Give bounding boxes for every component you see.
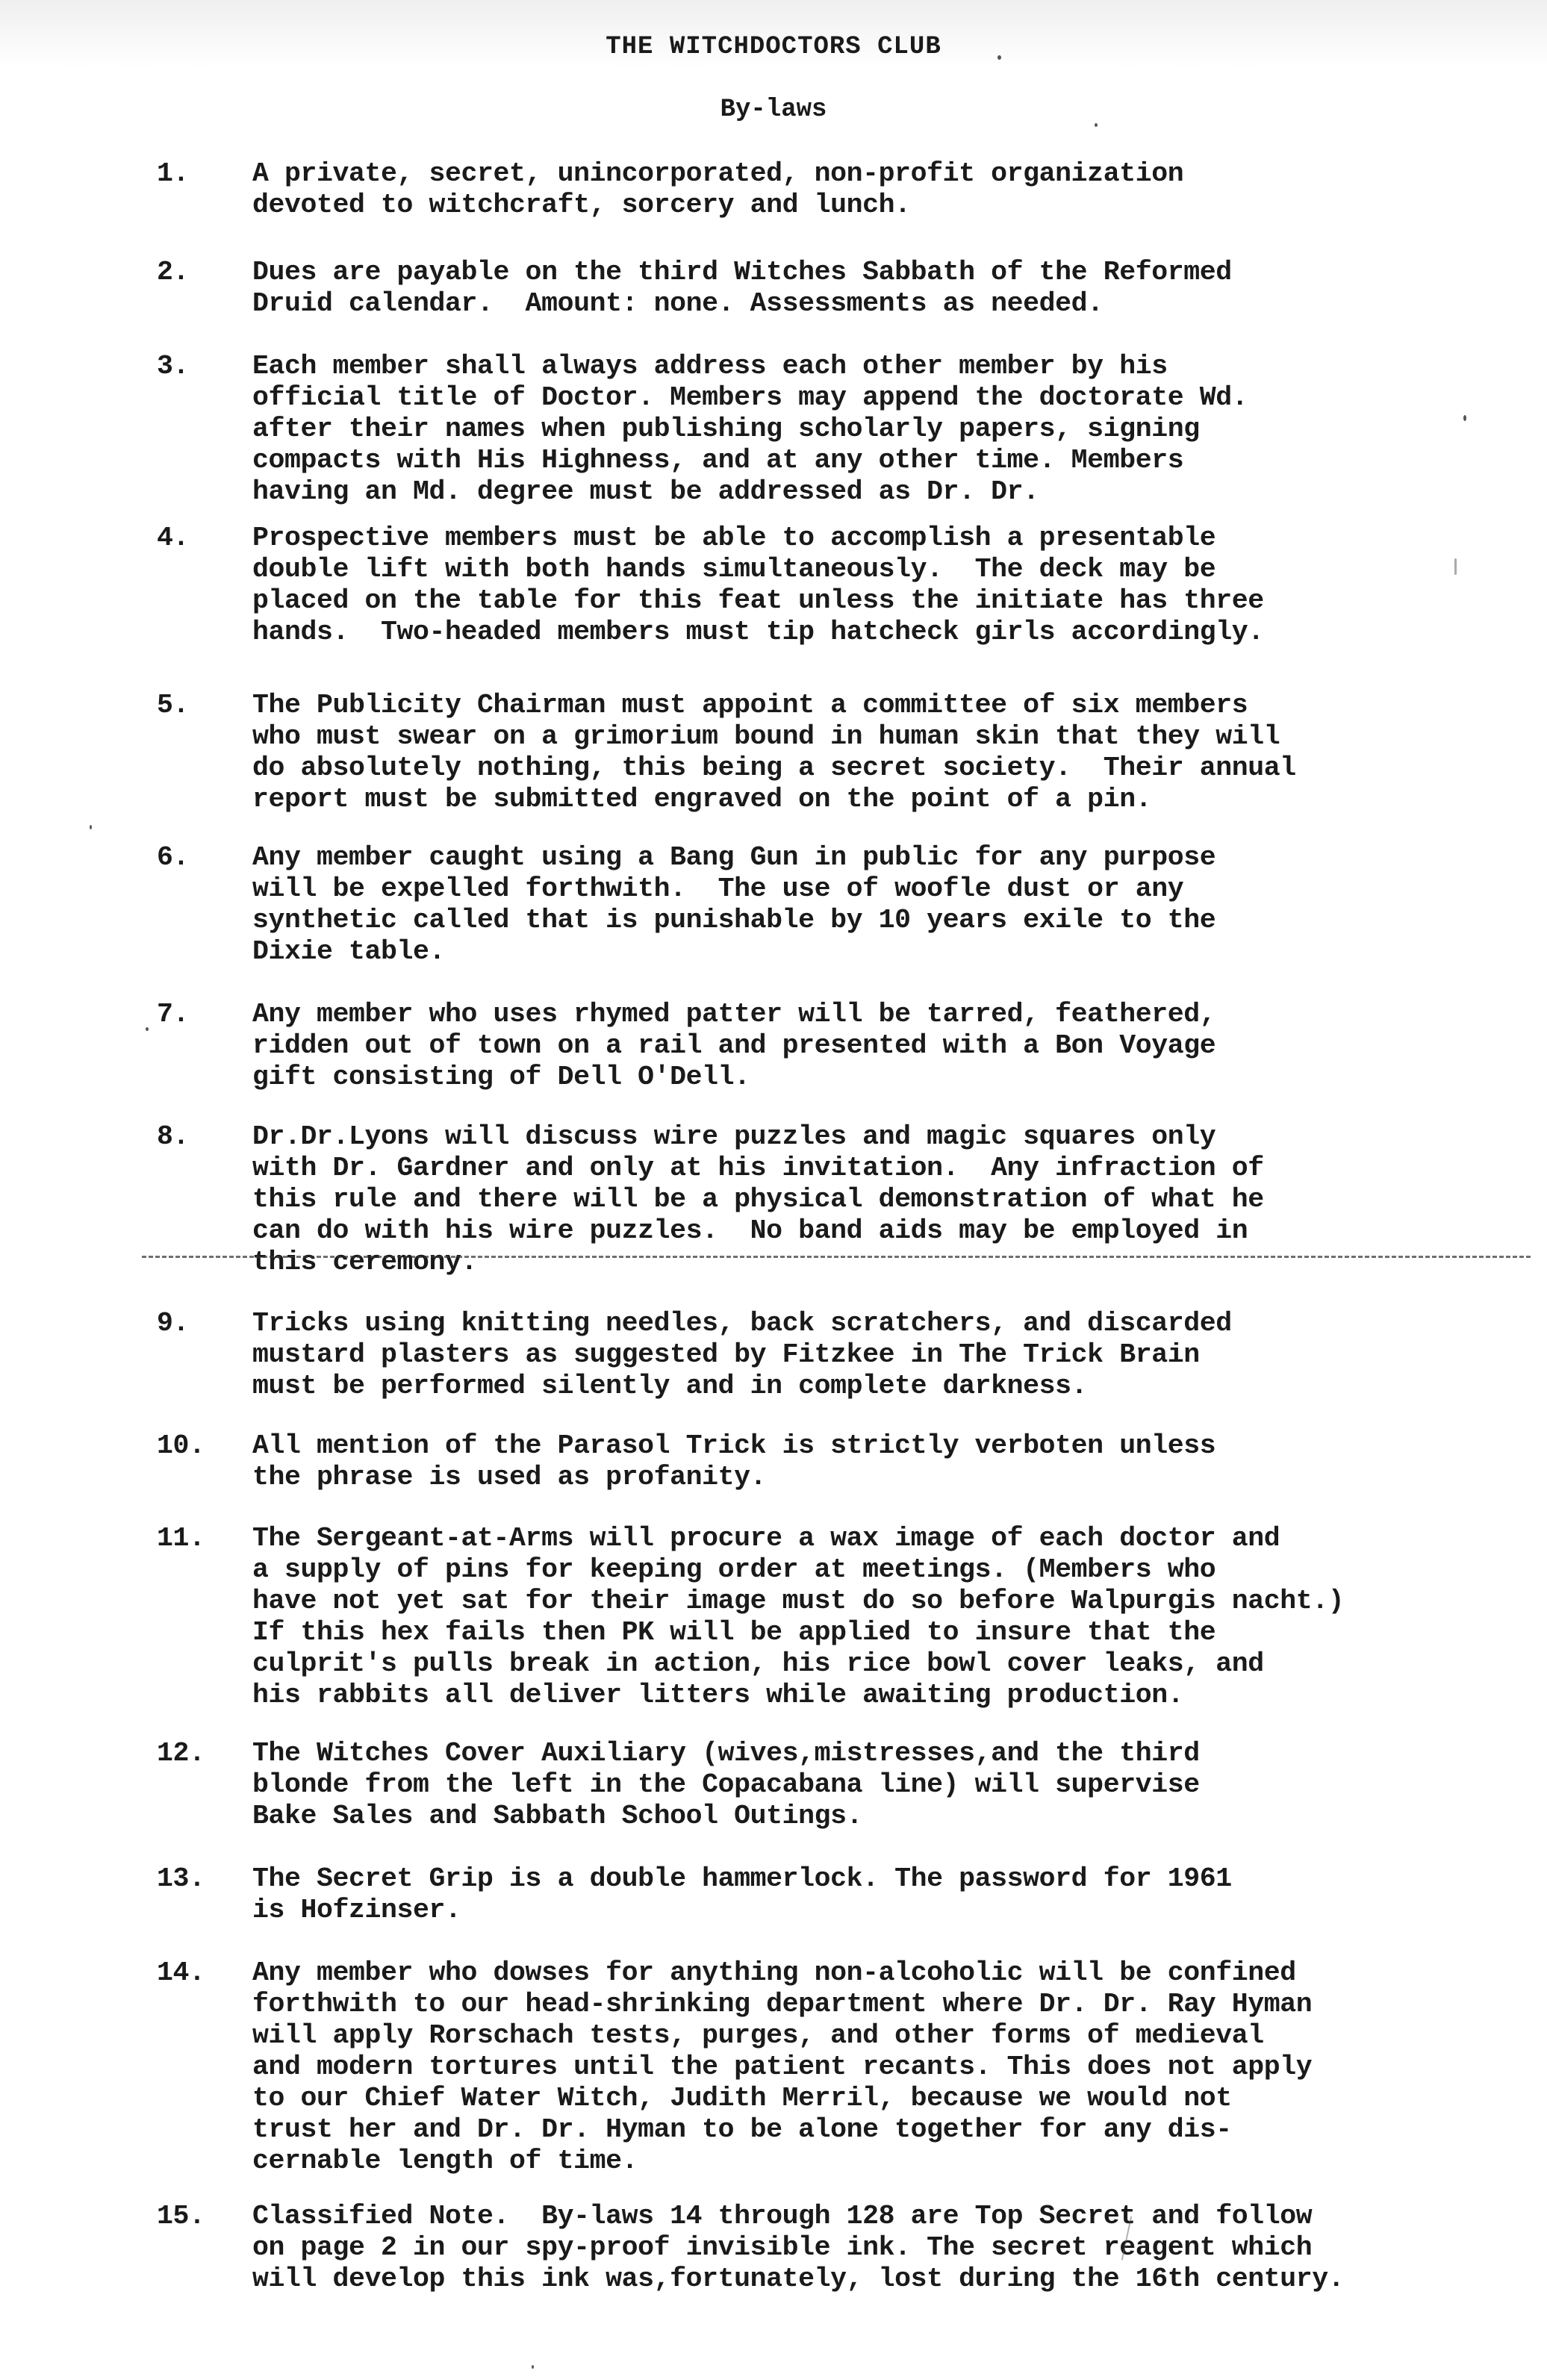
bylaw-line: blonde from the left in the Copacabana l… bbox=[252, 1769, 1200, 1801]
bylaw-line: the phrase is used as profanity. bbox=[252, 1462, 1215, 1493]
bylaw-line: mustard plasters as suggested by Fitzkee… bbox=[252, 1339, 1232, 1371]
document-title: THE WITCHDOCTORS CLUB bbox=[0, 33, 1547, 61]
bylaw-text: Any member who uses rhymed patter will b… bbox=[252, 999, 1215, 1093]
bylaw-line: The Witches Cover Auxiliary (wives,mistr… bbox=[252, 1738, 1200, 1769]
bylaw-line: do absolutely nothing, this being a secr… bbox=[252, 753, 1296, 784]
bylaw-number: 9. bbox=[157, 1308, 239, 1339]
bylaw-number: 2. bbox=[157, 257, 239, 288]
bylaw-line: will be expelled forthwith. The use of w… bbox=[252, 873, 1215, 905]
bylaw-line: will apply Rorschach tests, purges, and … bbox=[252, 2020, 1312, 2052]
bylaw-line: a supply of pins for keeping order at me… bbox=[252, 1554, 1344, 1586]
ink-speck bbox=[146, 1027, 149, 1031]
bylaw-line: placed on the table for this feat unless… bbox=[252, 585, 1264, 617]
bylaw-line: can do with his wire puzzles. No band ai… bbox=[252, 1215, 1264, 1247]
bylaw-line: Any member who dowses for anything non-a… bbox=[252, 1957, 1312, 1989]
bylaw-line: trust her and Dr. Dr. Hyman to be alone … bbox=[252, 2114, 1312, 2146]
bylaw-line: culprit's pulls break in action, his ric… bbox=[252, 1648, 1344, 1680]
bylaw-line: who must swear on a grimorium bound in h… bbox=[252, 721, 1296, 753]
bylaw-line: with Dr. Gardner and only at his invitat… bbox=[252, 1153, 1264, 1184]
bylaw-line: Dr.Dr.Lyons will discuss wire puzzles an… bbox=[252, 1121, 1264, 1153]
bylaw-line: Druid calendar. Amount: none. Assessment… bbox=[252, 288, 1232, 320]
bylaw-line: double lift with both hands simultaneous… bbox=[252, 554, 1264, 585]
bylaw-text: Any member caught using a Bang Gun in pu… bbox=[252, 842, 1215, 968]
bylaw-line: Prospective members must be able to acco… bbox=[252, 523, 1264, 554]
bylaw-text: The Witches Cover Auxiliary (wives,mistr… bbox=[252, 1738, 1200, 1832]
bylaw-line: The Secret Grip is a double hammerlock. … bbox=[252, 1863, 1232, 1895]
bylaw-line: compacts with His Highness, and at any o… bbox=[252, 445, 1248, 476]
bylaw-text: Dr.Dr.Lyons will discuss wire puzzles an… bbox=[252, 1121, 1264, 1278]
ink-speck bbox=[1463, 415, 1466, 421]
bylaw-line: to our Chief Water Witch, Judith Merril,… bbox=[252, 2083, 1312, 2114]
bylaw-text: The Secret Grip is a double hammerlock. … bbox=[252, 1863, 1232, 1926]
bylaw-text: A private, secret, unincorporated, non-p… bbox=[252, 158, 1183, 221]
bylaw-line: Bake Sales and Sabbath School Outings. bbox=[252, 1801, 1200, 1832]
bylaw-line: this rule and there will be a physical d… bbox=[252, 1184, 1264, 1215]
bylaw-number: 8. bbox=[157, 1121, 239, 1153]
bylaw-line: ridden out of town on a rail and present… bbox=[252, 1030, 1215, 1062]
ink-speck bbox=[532, 2365, 534, 2369]
ink-speck bbox=[1454, 558, 1457, 575]
bylaw-text: Classified Note. By-laws 14 through 128 … bbox=[252, 2201, 1344, 2295]
bylaw-line: Tricks using knitting needles, back scra… bbox=[252, 1308, 1232, 1339]
bylaw-line: this ceremony. bbox=[252, 1247, 1264, 1278]
bylaw-text: Dues are payable on the third Witches Sa… bbox=[252, 257, 1232, 320]
bylaw-line: devoted to witchcraft, sorcery and lunch… bbox=[252, 190, 1183, 221]
bylaw-line: cernable length of time. bbox=[252, 2146, 1312, 2177]
bylaw-line: report must be submitted engraved on the… bbox=[252, 784, 1296, 815]
bylaw-line: The Publicity Chairman must appoint a co… bbox=[252, 690, 1296, 721]
bylaw-line: gift consisting of Dell O'Dell. bbox=[252, 1062, 1215, 1093]
document-subtitle: By-laws bbox=[0, 96, 1547, 124]
bylaw-text: Each member shall always address each ot… bbox=[252, 351, 1248, 508]
bylaw-line: having an Md. degree must be addressed a… bbox=[252, 476, 1248, 508]
bylaw-number: 15. bbox=[157, 2201, 239, 2232]
bylaw-line: If this hex fails then PK will be applie… bbox=[252, 1617, 1344, 1648]
bylaw-line: after their names when publishing schola… bbox=[252, 414, 1248, 445]
bylaw-number: 12. bbox=[157, 1738, 239, 1769]
bylaw-text: Prospective members must be able to acco… bbox=[252, 523, 1264, 648]
bylaw-line: and modern tortures until the patient re… bbox=[252, 2052, 1312, 2083]
bylaw-line: Classified Note. By-laws 14 through 128 … bbox=[252, 2201, 1344, 2232]
ink-speck bbox=[90, 825, 92, 829]
bylaw-number: 4. bbox=[157, 523, 239, 554]
bylaw-line: is Hofzinser. bbox=[252, 1895, 1232, 1926]
bylaw-number: 10. bbox=[157, 1430, 239, 1462]
ink-speck bbox=[997, 55, 1001, 60]
bylaw-number: 7. bbox=[157, 999, 239, 1030]
bylaw-line: have not yet sat for their image must do… bbox=[252, 1586, 1344, 1617]
bylaw-line: Each member shall always address each ot… bbox=[252, 351, 1248, 382]
bylaw-line: Dues are payable on the third Witches Sa… bbox=[252, 257, 1232, 288]
bylaw-line: synthetic called that is punishable by 1… bbox=[252, 905, 1215, 936]
bylaw-line: forthwith to our head-shrinking departme… bbox=[252, 1989, 1312, 2020]
bylaw-line: Any member who uses rhymed patter will b… bbox=[252, 999, 1215, 1030]
bylaw-line: official title of Doctor. Members may ap… bbox=[252, 382, 1248, 414]
bylaw-line: hands. Two-headed members must tip hatch… bbox=[252, 617, 1264, 648]
bylaw-line: must be performed silently and in comple… bbox=[252, 1371, 1232, 1402]
bylaw-number: 14. bbox=[157, 1957, 239, 1989]
bylaw-text: The Sergeant-at-Arms will procure a wax … bbox=[252, 1523, 1344, 1711]
bylaw-line: The Sergeant-at-Arms will procure a wax … bbox=[252, 1523, 1344, 1554]
bylaw-line: All mention of the Parasol Trick is stri… bbox=[252, 1430, 1215, 1462]
bylaw-number: 13. bbox=[157, 1863, 239, 1895]
bylaw-number: 3. bbox=[157, 351, 239, 382]
bylaw-line: Dixie table. bbox=[252, 936, 1215, 968]
ink-speck bbox=[1095, 123, 1098, 127]
bylaw-line: A private, secret, unincorporated, non-p… bbox=[252, 158, 1183, 190]
bylaw-line: his rabbits all deliver litters while aw… bbox=[252, 1680, 1344, 1711]
bylaw-text: All mention of the Parasol Trick is stri… bbox=[252, 1430, 1215, 1493]
bylaw-text: Any member who dowses for anything non-a… bbox=[252, 1957, 1312, 2177]
bylaw-text: Tricks using knitting needles, back scra… bbox=[252, 1308, 1232, 1402]
fold-line bbox=[142, 1256, 1531, 1258]
bylaw-number: 1. bbox=[157, 158, 239, 190]
bylaw-number: 5. bbox=[157, 690, 239, 721]
bylaw-number: 11. bbox=[157, 1523, 239, 1554]
bylaw-line: on page 2 in our spy-proof invisible ink… bbox=[252, 2232, 1344, 2264]
bylaw-number: 6. bbox=[157, 842, 239, 873]
document-page: THE WITCHDOCTORS CLUB By-laws 1.A privat… bbox=[0, 0, 1547, 2380]
bylaw-line: Any member caught using a Bang Gun in pu… bbox=[252, 842, 1215, 873]
bylaw-text: The Publicity Chairman must appoint a co… bbox=[252, 690, 1296, 815]
bylaw-line: will develop this ink was,fortunately, l… bbox=[252, 2264, 1344, 2295]
